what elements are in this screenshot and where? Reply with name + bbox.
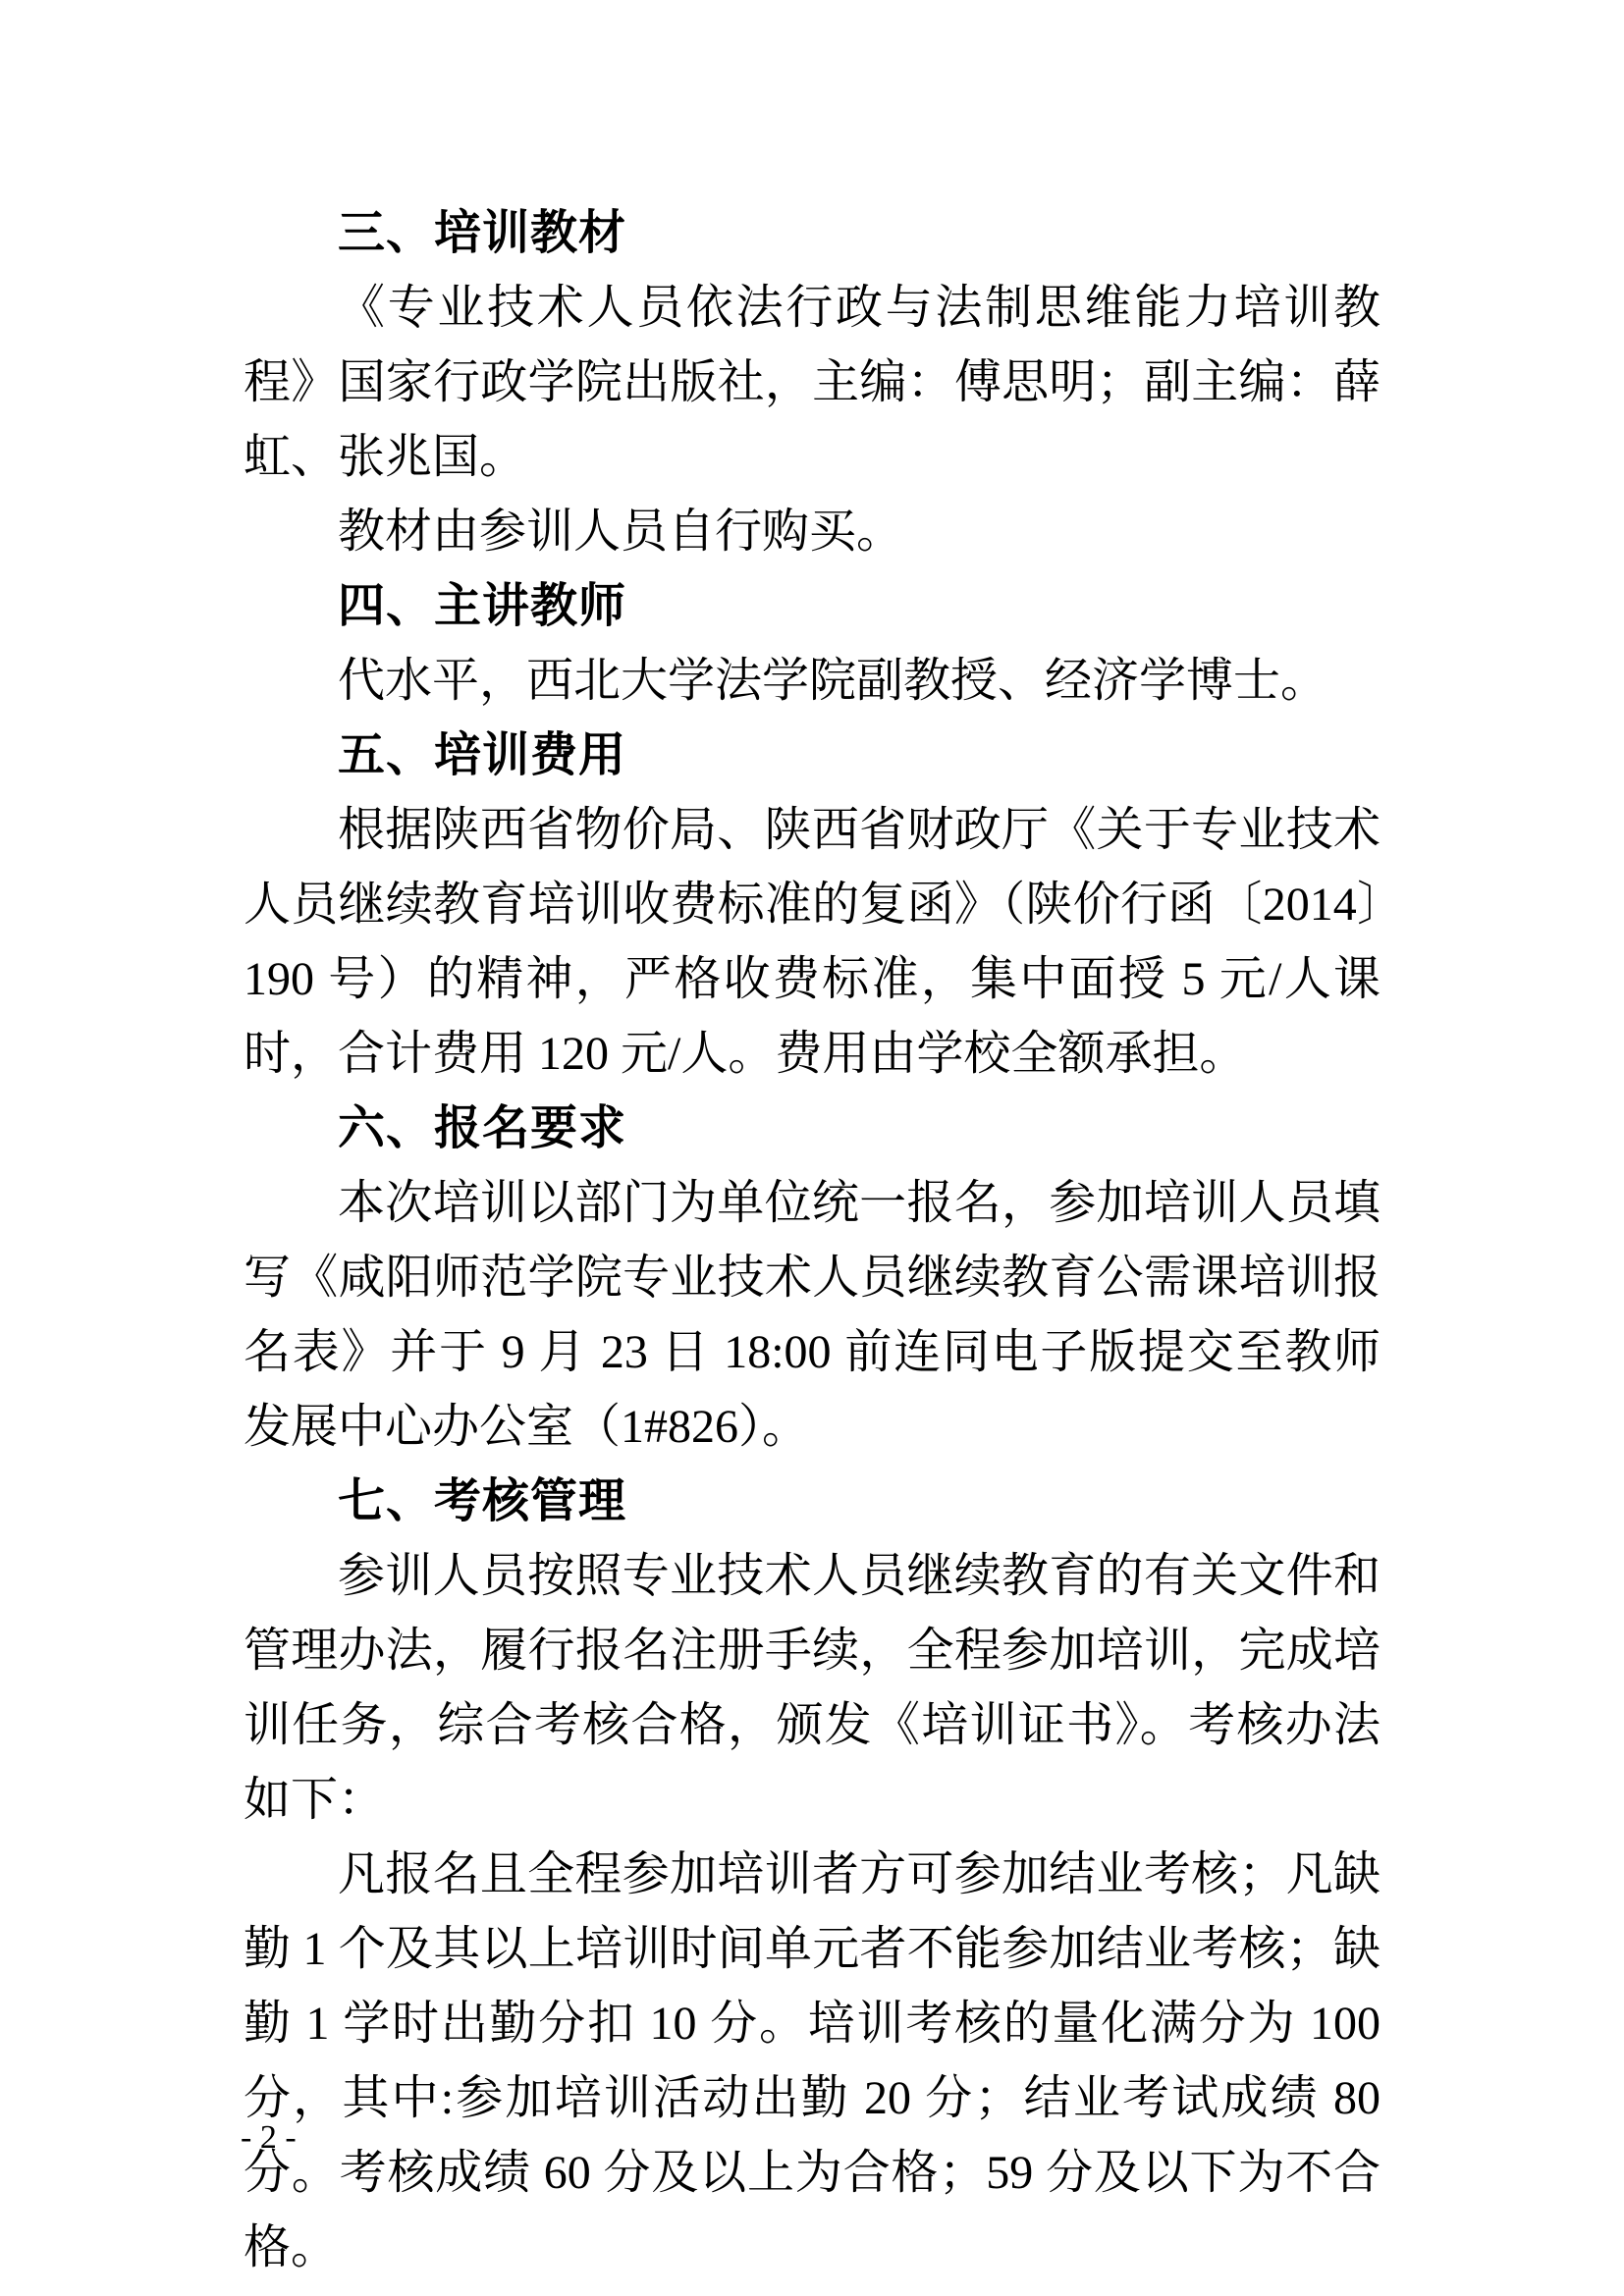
section-heading-training-fee: 五、培训费用 [244,719,1380,793]
document-body: 三、培训教材 《专业技术人员依法行政与法制思维能力培训教程》国家行政学院出版社，… [244,196,1380,2285]
paragraph-lecturer: 代水平，西北大学法学院副教授、经济学博士。 [244,644,1380,719]
paragraph-training-fee: 根据陕西省物价局、陕西省财政厅《关于专业技术人员继续教育培训收费标准的复函》（陕… [244,793,1380,1092]
paragraph-registration: 本次培训以部门为单位统一报名，参加培训人员填写《咸阳师范学院专业技术人员继续教育… [244,1166,1380,1465]
paragraph-assessment-rules: 参训人员按照专业技术人员继续教育的有关文件和管理办法，履行报名注册手续，全程参加… [244,1539,1380,1838]
section-heading-registration: 六、报名要求 [244,1092,1380,1166]
paragraph-assessment-scoring: 凡报名且全程参加培训者方可参加结业考核；凡缺勤 1 个及其以上培训时间单元者不能… [244,1838,1380,2285]
section-heading-training-materials: 三、培训教材 [244,196,1380,271]
section-heading-lecturer: 四、主讲教师 [244,569,1380,644]
page-number: - 2 - [241,2116,297,2160]
section-heading-assessment: 七、考核管理 [244,1465,1380,1539]
paragraph-training-materials-purchase: 教材由参训人员自行购买。 [244,495,1380,569]
document-page: 三、培训教材 《专业技术人员依法行政与法制思维能力培训教程》国家行政学院出版社，… [0,0,1624,2296]
paragraph-training-materials-book: 《专业技术人员依法行政与法制思维能力培训教程》国家行政学院出版社，主编：傅思明；… [244,271,1380,495]
